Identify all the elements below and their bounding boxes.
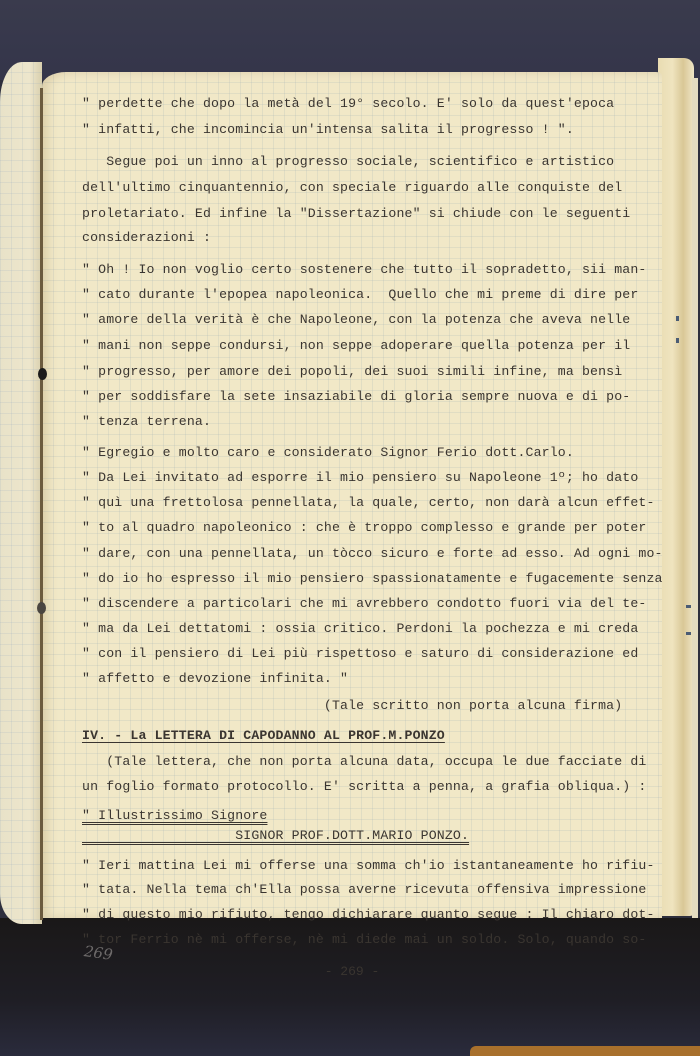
salutation-line: " Illustrissimo Signore — [82, 808, 267, 823]
binding-hole — [37, 602, 46, 614]
quote-line: " affetto e devozione infinita. " — [82, 671, 348, 686]
dark-background-top — [0, 0, 700, 80]
quote-line: " dare, con una pennellata, un tòcco sic… — [82, 546, 663, 561]
margin-mark — [686, 632, 691, 635]
text-line: " perdette che dopo la metà del 19° seco… — [82, 96, 614, 111]
text-line: Segue poi un inno al progresso sociale, … — [82, 154, 614, 169]
quote-line: " mani non seppe condursi, non seppe ado… — [82, 338, 630, 353]
page-stack-edge — [658, 58, 694, 916]
quote-line: " per soddisfare la sete insaziabile di … — [82, 389, 630, 404]
letter-line: " Ieri mattina Lei mi offerse una somma … — [82, 858, 655, 873]
quote-line: " to al quadro napoleonico : che è tropp… — [82, 520, 646, 535]
quote-line: " con il pensiero di Lei più rispettoso … — [82, 646, 638, 661]
page-number: - 269 - — [42, 964, 662, 979]
quote-line: " Egregio e molto caro e considerato Sig… — [82, 445, 574, 460]
table-edge — [470, 1046, 700, 1056]
note-line: (Tale scritto non porta alcuna firma) — [82, 698, 622, 713]
text-line: un foglio formato protocollo. E' scritta… — [82, 779, 646, 794]
section-heading: IV. - La LETTERA DI CAPODANNO AL PROF.M.… — [82, 728, 445, 743]
left-page-edge — [0, 62, 42, 924]
margin-mark — [686, 605, 691, 608]
letter-line: " tor Ferrio nè mi offerse, nè mi diede … — [82, 932, 646, 947]
letter-line: " tata. Nella tema ch'Ella possa averne … — [82, 882, 646, 897]
quote-line: " discendere a particolari che mi avrebb… — [82, 596, 646, 611]
margin-mark — [676, 338, 679, 343]
quote-line: " Oh ! Io non voglio certo sostenere che… — [82, 262, 646, 277]
quote-line: " amore della verità è che Napoleone, co… — [82, 312, 630, 327]
quote-line: " progresso, per amore dei popoli, dei s… — [82, 364, 622, 379]
quote-line: " quì una frettolosa pennellata, la qual… — [82, 495, 655, 510]
letter-line: " di questo mio rifiuto, tengo dichiarar… — [82, 907, 655, 922]
quote-line: " cato durante l'epopea napoleonica. Que… — [82, 287, 638, 302]
text-line: considerazioni : — [82, 230, 211, 245]
quote-line: " do io ho espresso il mio pensiero spas… — [82, 571, 663, 586]
addressee-line: SIGNOR PROF.DOTT.MARIO PONZO. — [82, 828, 469, 843]
binding-hole — [38, 368, 47, 380]
binding-gutter — [40, 88, 43, 920]
quote-line: " Da Lei invitato ad esporre il mio pens… — [82, 470, 638, 485]
text-line: " infatti, che incomincia un'intensa sal… — [82, 122, 574, 137]
quote-line: " ma da Lei dettatomi : ossia critico. P… — [82, 621, 638, 636]
text-line: (Tale lettera, che non porta alcuna data… — [82, 754, 646, 769]
margin-mark — [676, 316, 679, 321]
quote-line: " tenza terrena. — [82, 414, 211, 429]
text-line: proletariato. Ed infine la "Dissertazion… — [82, 206, 630, 221]
text-line: dell'ultimo cinquantennio, con speciale … — [82, 180, 622, 195]
